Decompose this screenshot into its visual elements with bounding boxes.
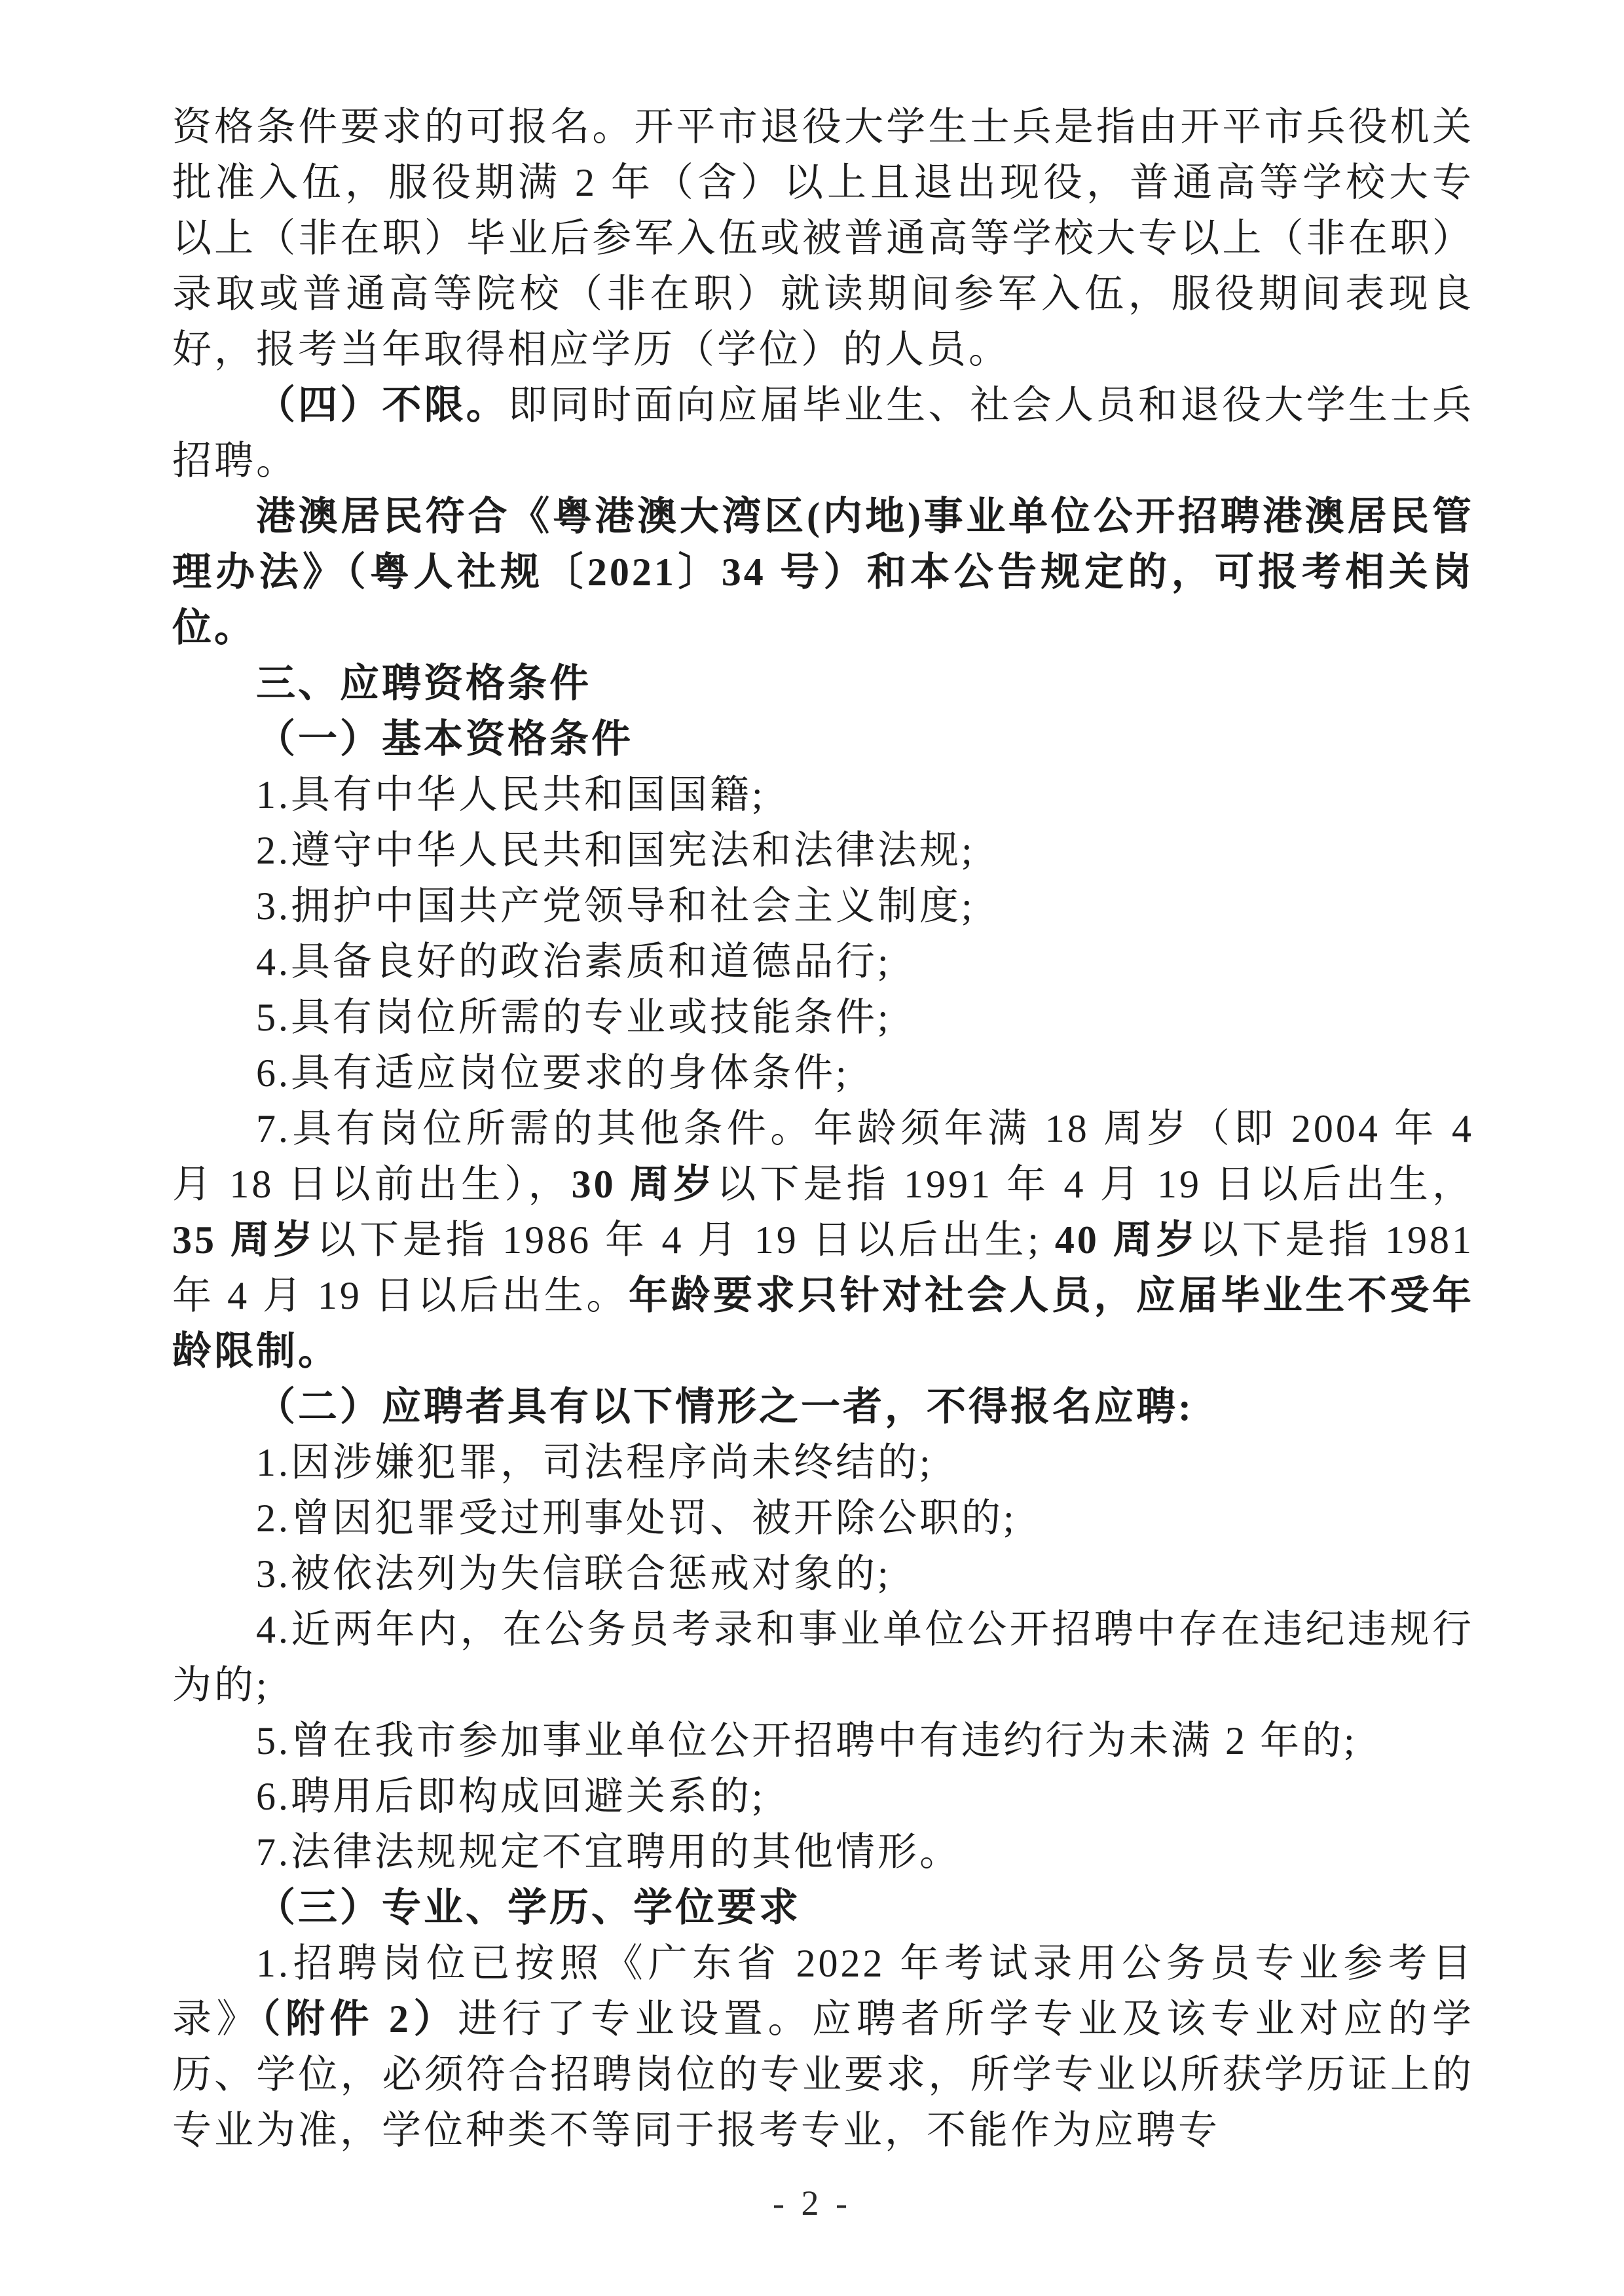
text-segment: 2.遵守中华人民共和国宪法和法律法规; [256, 829, 975, 872]
paragraph: 1.具有中华人民共和国国籍; [172, 767, 1474, 823]
text-segment: （四）不限。 [256, 384, 508, 427]
section-heading: （二）应聘者具有以下情形之一者，不得报名应聘: [172, 1379, 1474, 1435]
text-segment: 1.具有中华人民共和国国籍; [256, 773, 766, 816]
paragraph: 港澳居民符合《粤港澳大湾区(内地)事业单位公开招聘港澳居民管理办法》（粤人社规〔… [172, 489, 1474, 656]
text-segment: 7.法律法规规定不宜聘用的其他情形。 [256, 1831, 961, 1874]
paragraph: 1.因涉嫌犯罪，司法程序尚未终结的; [172, 1435, 1474, 1491]
text-segment: 35 周岁 [172, 1218, 316, 1262]
paragraph: （四）不限。即同时面向应届毕业生、社会人员和退役大学生士兵招聘。 [172, 378, 1474, 489]
text-segment: 5.曾在我市参加事业单位公开招聘中有违约行为未满 2 年的; [256, 1719, 1357, 1762]
paragraph: 6.具有适应岗位要求的身体条件; [172, 1046, 1474, 1101]
paragraph: 3.拥护中国共产党领导和社会主义制度; [172, 879, 1474, 934]
text-segment: （二）应聘者具有以下情形之一者，不得报名应聘: [256, 1385, 1194, 1429]
section-heading: （三）专业、学历、学位要求 [172, 1880, 1474, 1936]
page-number: - 2 - [0, 2180, 1624, 2226]
text-segment: 6.聘用后即构成回避关系的; [256, 1775, 766, 1818]
paragraph: 5.曾在我市参加事业单位公开招聘中有违约行为未满 2 年的; [172, 1713, 1474, 1769]
text-segment: 以下是指 1991 年 4 月 19 日以后出生， [716, 1163, 1474, 1206]
paragraph: 6.聘用后即构成回避关系的; [172, 1769, 1474, 1825]
paragraph: 4.近两年内，在公务员考录和事业单位公开招聘中存在违纪违规行为的; [172, 1602, 1474, 1713]
text-segment: （一）基本资格条件 [256, 718, 633, 761]
paragraph: 3.被依法列为失信联合惩戒对象的; [172, 1546, 1474, 1602]
document-body: 资格条件要求的可报名。开平市退役大学生士兵是指由开平市兵役机关批准入伍，服役期满… [172, 100, 1474, 2159]
text-segment: 2.曾因犯罪受过刑事处罚、被开除公职的; [256, 1497, 1017, 1540]
paragraph: 5.具有岗位所需的专业或技能条件; [172, 990, 1474, 1046]
paragraph: 2.曾因犯罪受过刑事处罚、被开除公职的; [172, 1491, 1474, 1546]
section-heading: （一）基本资格条件 [172, 712, 1474, 767]
text-segment: 40 周岁 [1055, 1218, 1199, 1262]
text-segment: 三、应聘资格条件 [256, 662, 591, 705]
text-segment: 3.拥护中国共产党领导和社会主义制度; [256, 884, 975, 928]
text-segment: 30 周岁 [572, 1163, 717, 1206]
text-segment: 1.因涉嫌犯罪，司法程序尚未终结的; [256, 1441, 933, 1484]
section-heading: 三、应聘资格条件 [172, 656, 1474, 712]
text-segment: 5.具有岗位所需的专业或技能条件; [256, 996, 891, 1039]
text-segment: 港澳居民符合《粤港澳大湾区(内地)事业单位公开招聘港澳居民管理办法》（粤人社规〔… [172, 495, 1474, 649]
text-segment: 4.近两年内，在公务员考录和事业单位公开招聘中存在违纪违规行为的; [172, 1608, 1474, 1707]
text-segment: 4.具备良好的政治素质和道德品行; [256, 940, 891, 983]
paragraph: 4.具备良好的政治素质和道德品行; [172, 934, 1474, 990]
text-segment: 以下是指 1986 年 4 月 19 日以后出生; [316, 1218, 1055, 1262]
text-segment: 资格条件要求的可报名。开平市退役大学生士兵是指由开平市兵役机关批准入伍，服役期满… [172, 105, 1474, 371]
paragraph: 7.具有岗位所需的其他条件。年龄须年满 18 周岁（即 2004 年 4 月 1… [172, 1101, 1474, 1379]
text-segment: （附件 2） [261, 1997, 458, 2041]
text-segment: 6.具有适应岗位要求的身体条件; [256, 1051, 849, 1095]
paragraph: 2.遵守中华人民共和国宪法和法律法规; [172, 823, 1474, 879]
text-segment: （三）专业、学历、学位要求 [256, 1886, 801, 1929]
paragraph: 资格条件要求的可报名。开平市退役大学生士兵是指由开平市兵役机关批准入伍，服役期满… [172, 100, 1474, 378]
paragraph: 7.法律法规规定不宜聘用的其他情形。 [172, 1825, 1474, 1880]
document-page: 资格条件要求的可报名。开平市退役大学生士兵是指由开平市兵役机关批准入伍，服役期满… [0, 0, 1624, 2296]
text-segment: 3.被依法列为失信联合惩戒对象的; [256, 1552, 891, 1595]
paragraph: 1.招聘岗位已按照《广东省 2022 年考试录用公务员专业参考目录》（附件 2）… [172, 1936, 1474, 2159]
